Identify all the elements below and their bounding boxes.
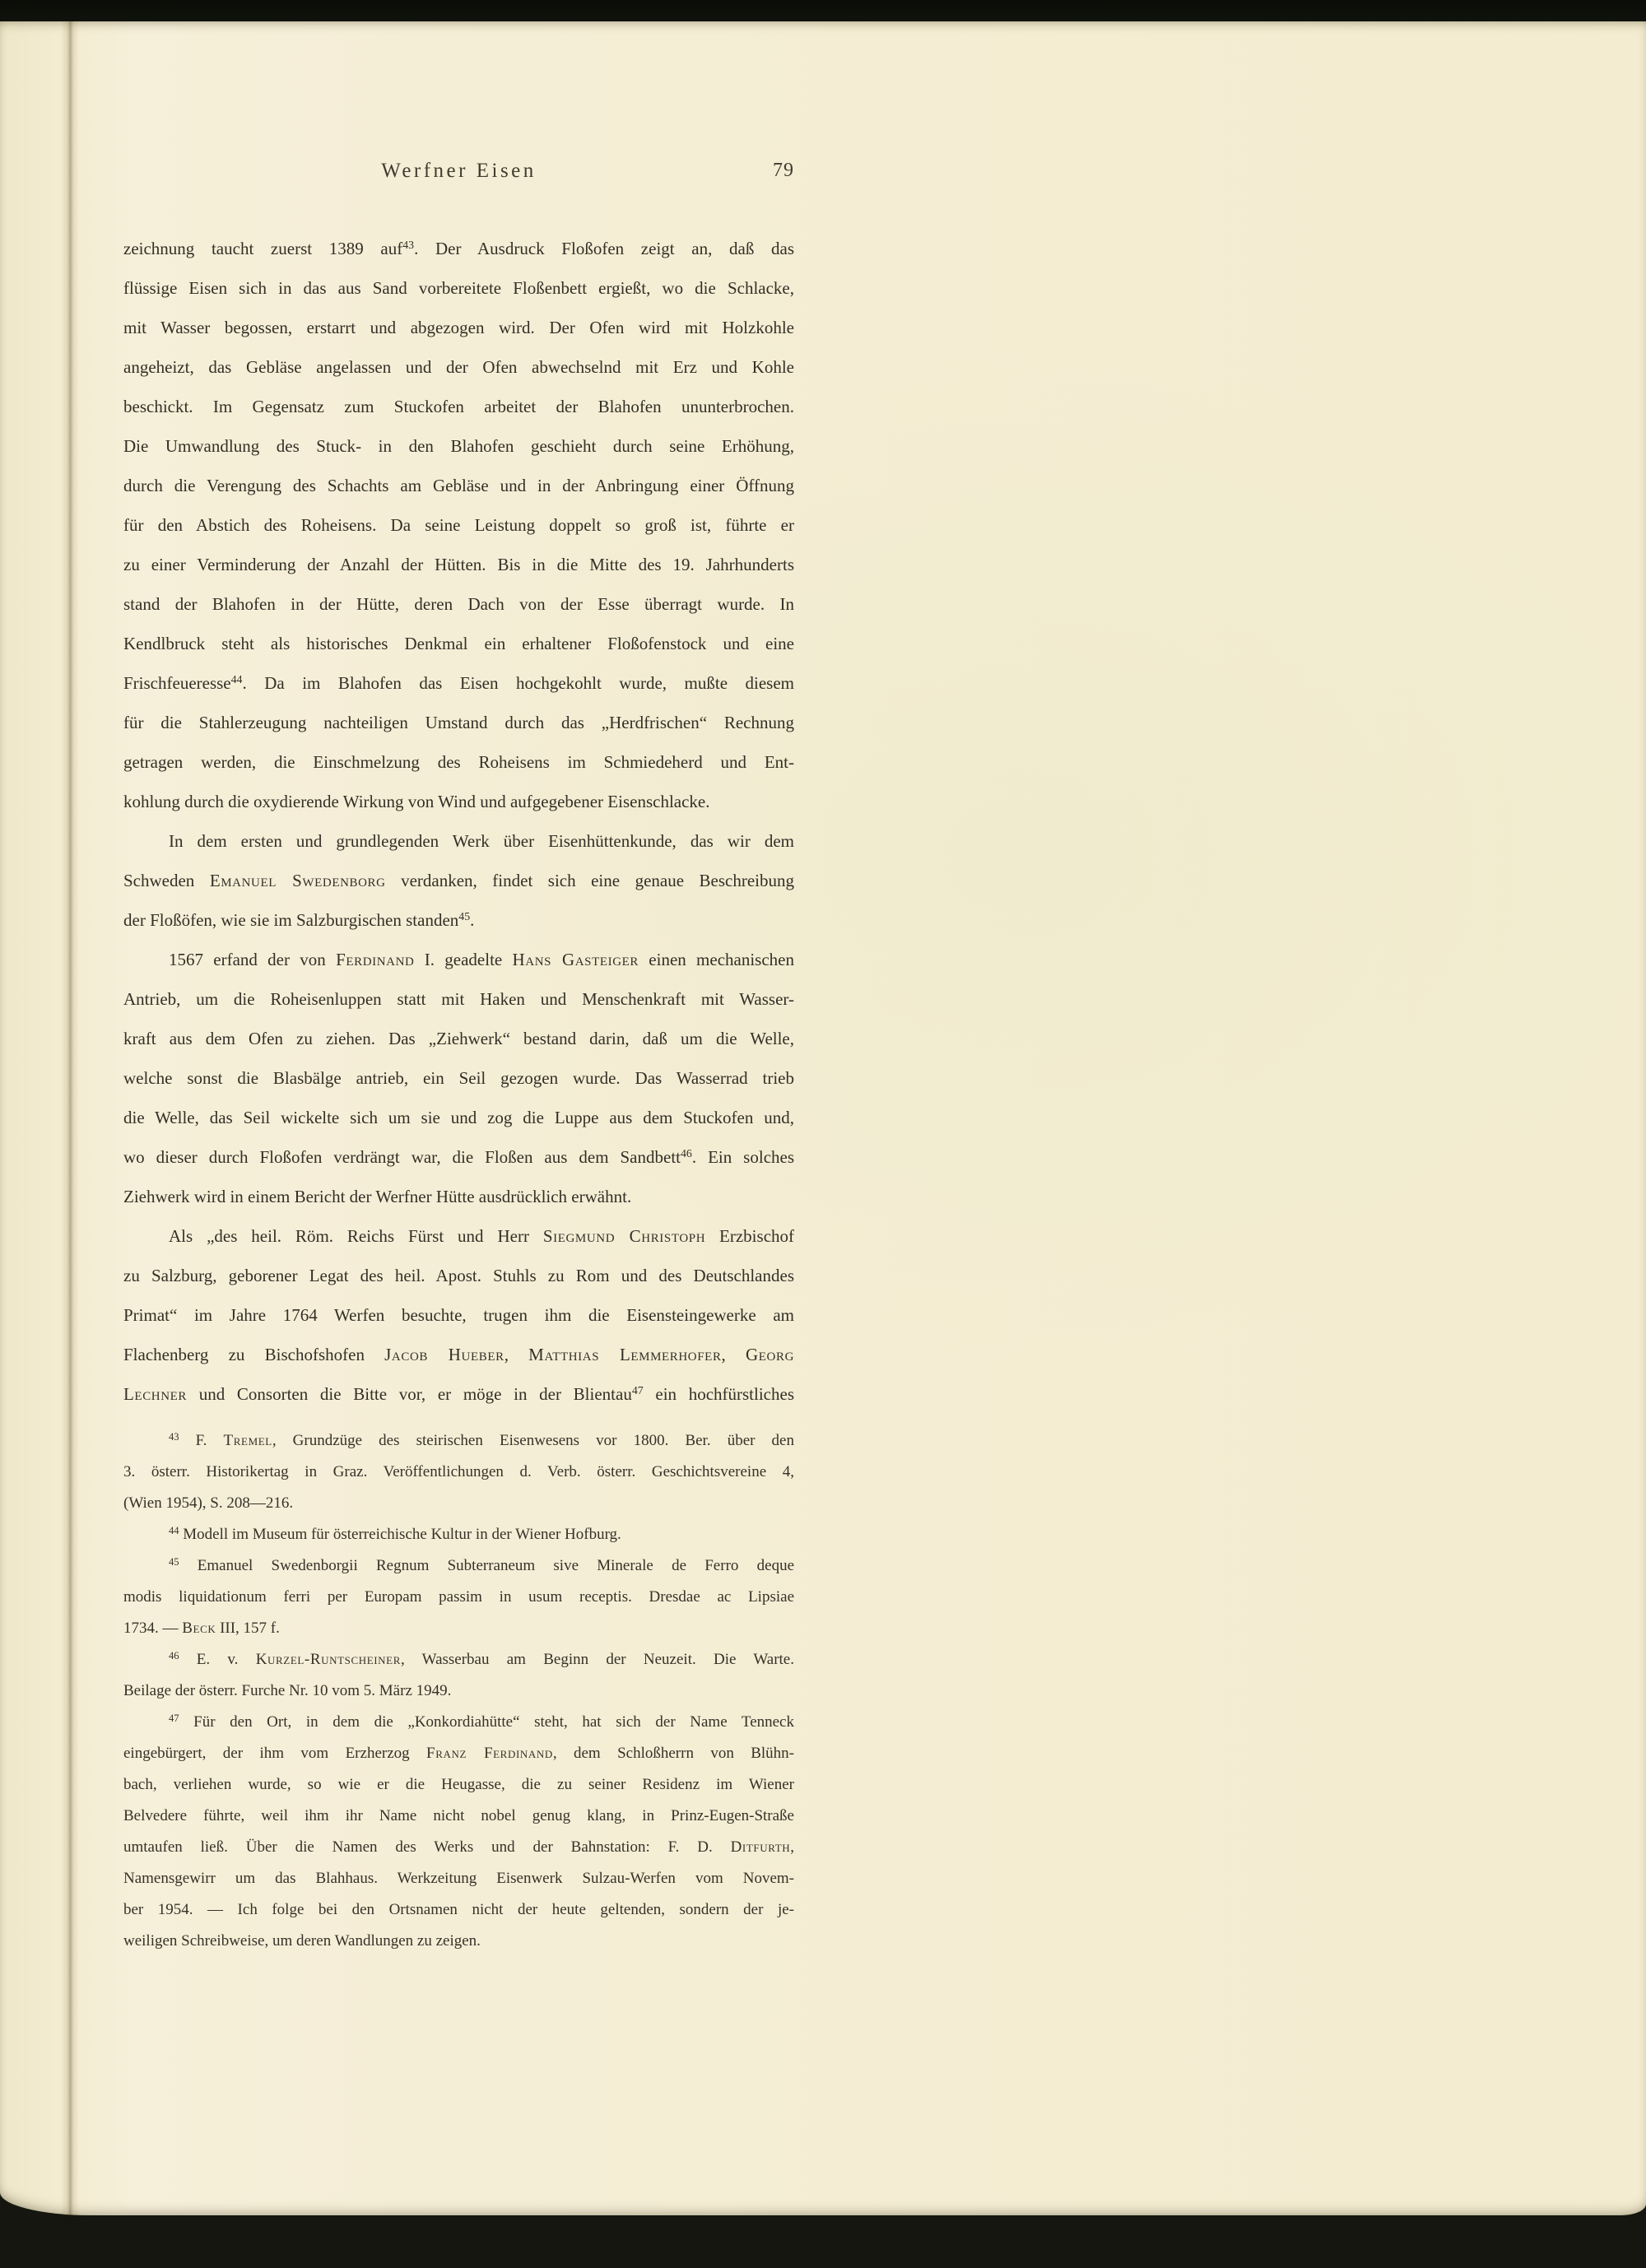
text-line: 47 Für den Ort, in dem die „Konkordiahüt…: [123, 1707, 794, 1738]
text-line: zeichnung taucht zuerst 1389 auf43. Der …: [123, 229, 794, 268]
text-line: Flachenberg zu Bischofshofen Jacob Huebe…: [123, 1335, 794, 1374]
text-line: mit Wasser begossen, erstarrt und abgezo…: [123, 308, 794, 347]
text-line: kraft aus dem Ofen zu ziehen. Das „Ziehw…: [123, 1019, 794, 1058]
page-gutter-crease: [61, 21, 79, 2215]
page-title: Werfner Eisen: [381, 160, 537, 183]
text-line: 3. österr. Historikertag in Graz. Veröff…: [123, 1457, 794, 1488]
book-photo: Werfner Eisen 79 zeichnung taucht zuerst…: [0, 0, 1646, 2268]
text-line: angeheizt, das Gebläse angelassen und de…: [123, 347, 794, 387]
small-caps-name: Beck: [182, 1620, 216, 1637]
text-line: weiligen Schreibweise, um deren Wandlung…: [123, 1926, 794, 1957]
small-caps-name: Georg: [746, 1345, 794, 1364]
small-caps-name: Emanuel Swedenborg: [210, 871, 386, 890]
small-caps-name: Siegmund Christoph: [543, 1226, 705, 1246]
small-caps-name: Franz Ferdinand: [426, 1745, 553, 1762]
text-line: Ziehwerk wird in einem Bericht der Werfn…: [123, 1177, 794, 1216]
text-line: flüssige Eisen sich in das aus Sand vorb…: [123, 268, 794, 308]
text-line: In dem ersten und grundlegenden Werk übe…: [123, 821, 794, 861]
small-caps-name: Ferdinand: [336, 950, 414, 969]
text-line: wo dieser durch Floßofen verdrängt war, …: [123, 1137, 794, 1177]
text-line: welche sonst die Blasbälge antrieb, ein …: [123, 1058, 794, 1098]
text-line: beschickt. Im Gegensatz zum Stuckofen ar…: [123, 387, 794, 426]
text-line: Kendlbruck steht als historisches Denkma…: [123, 624, 794, 663]
text-line: für die Stahlerzeugung nachteiligen Umst…: [123, 703, 794, 742]
text-line: ber 1954. — Ich folge bei den Ortsnamen …: [123, 1894, 794, 1926]
text-line: zu Salzburg, geborener Legat des heil. A…: [123, 1256, 794, 1295]
text-line: Frischfeueresse44. Da im Blahofen das Ei…: [123, 663, 794, 703]
small-caps-name: Matthias Lemmerhofer: [528, 1345, 721, 1364]
page-number: 79: [773, 160, 794, 182]
text-line: Beilage der österr. Furche Nr. 10 vom 5.…: [123, 1675, 794, 1707]
text-line: umtaufen ließ. Über die Namen des Werks …: [123, 1832, 794, 1863]
text-line: 45 Emanuel Swedenborgii Regnum Subterran…: [123, 1550, 794, 1582]
footnotes: 43 F. Tremel, Grundzüge des steirischen …: [123, 1425, 794, 1957]
text-line: der Floßöfen, wie sie im Salzburgischen …: [123, 900, 794, 940]
text-line: Lechner und Consorten die Bitte vor, er …: [123, 1374, 794, 1414]
text-line: (Wien 1954), S. 208—216.: [123, 1488, 794, 1519]
text-line: 43 F. Tremel, Grundzüge des steirischen …: [123, 1425, 794, 1457]
small-caps-name: Hans Gasteiger: [513, 950, 639, 969]
text-line: bach, verliehen wurde, so wie er die Heu…: [123, 1769, 794, 1801]
text-line: die Welle, das Seil wickelte sich um sie…: [123, 1098, 794, 1137]
text-line: modis liquidationum ferri per Europam pa…: [123, 1582, 794, 1613]
text-line: Schweden Emanuel Swedenborg verdanken, f…: [123, 861, 794, 900]
text-line: Belvedere führte, weil ihm ihr Name nich…: [123, 1801, 794, 1832]
text-line: 1734. — Beck III, 157 f.: [123, 1613, 794, 1644]
small-caps-name: Jacob Hueber: [384, 1345, 504, 1364]
running-header: Werfner Eisen 79: [123, 160, 794, 189]
text-line: stand der Blahofen in der Hütte, deren D…: [123, 584, 794, 624]
text-line: Antrieb, um die Roheisenluppen statt mit…: [123, 979, 794, 1019]
small-caps-name: Lechner: [123, 1384, 187, 1404]
text-line: zu einer Verminderung der Anzahl der Hüt…: [123, 545, 794, 584]
text-line: 46 E. v. Kurzel-Runtscheiner, Wasserbau …: [123, 1644, 794, 1675]
small-caps-name: Tremel: [224, 1432, 272, 1449]
text-line: Namensgewirr um das Blahhaus. Werkzeitun…: [123, 1863, 794, 1894]
text-line: kohlung durch die oxydierende Wirkung vo…: [123, 782, 794, 821]
small-caps-name: Ditfurth: [731, 1838, 791, 1856]
text-line: 44 Modell im Museum für österreichische …: [123, 1519, 794, 1550]
text-line: Primat“ im Jahre 1764 Werfen besuchte, t…: [123, 1295, 794, 1335]
body-text: zeichnung taucht zuerst 1389 auf43. Der …: [123, 229, 794, 1414]
text-line: Die Umwandlung des Stuck- in den Blahofe…: [123, 426, 794, 466]
text-line: für den Abstich des Roheisens. Da seine …: [123, 505, 794, 545]
text-line: durch die Verengung des Schachts am Gebl…: [123, 466, 794, 505]
text-line: 1567 erfand der von Ferdinand I. geadelt…: [123, 940, 794, 979]
text-line: getragen werden, die Einschmelzung des R…: [123, 742, 794, 782]
text-line: Als „des heil. Röm. Reichs Fürst und Her…: [123, 1216, 794, 1256]
small-caps-name: Kurzel-Runtscheiner: [256, 1651, 401, 1668]
text-line: eingebürgert, der ihm vom Erzherzog Fran…: [123, 1738, 794, 1769]
book-page: Werfner Eisen 79 zeichnung taucht zuerst…: [0, 21, 1646, 2215]
